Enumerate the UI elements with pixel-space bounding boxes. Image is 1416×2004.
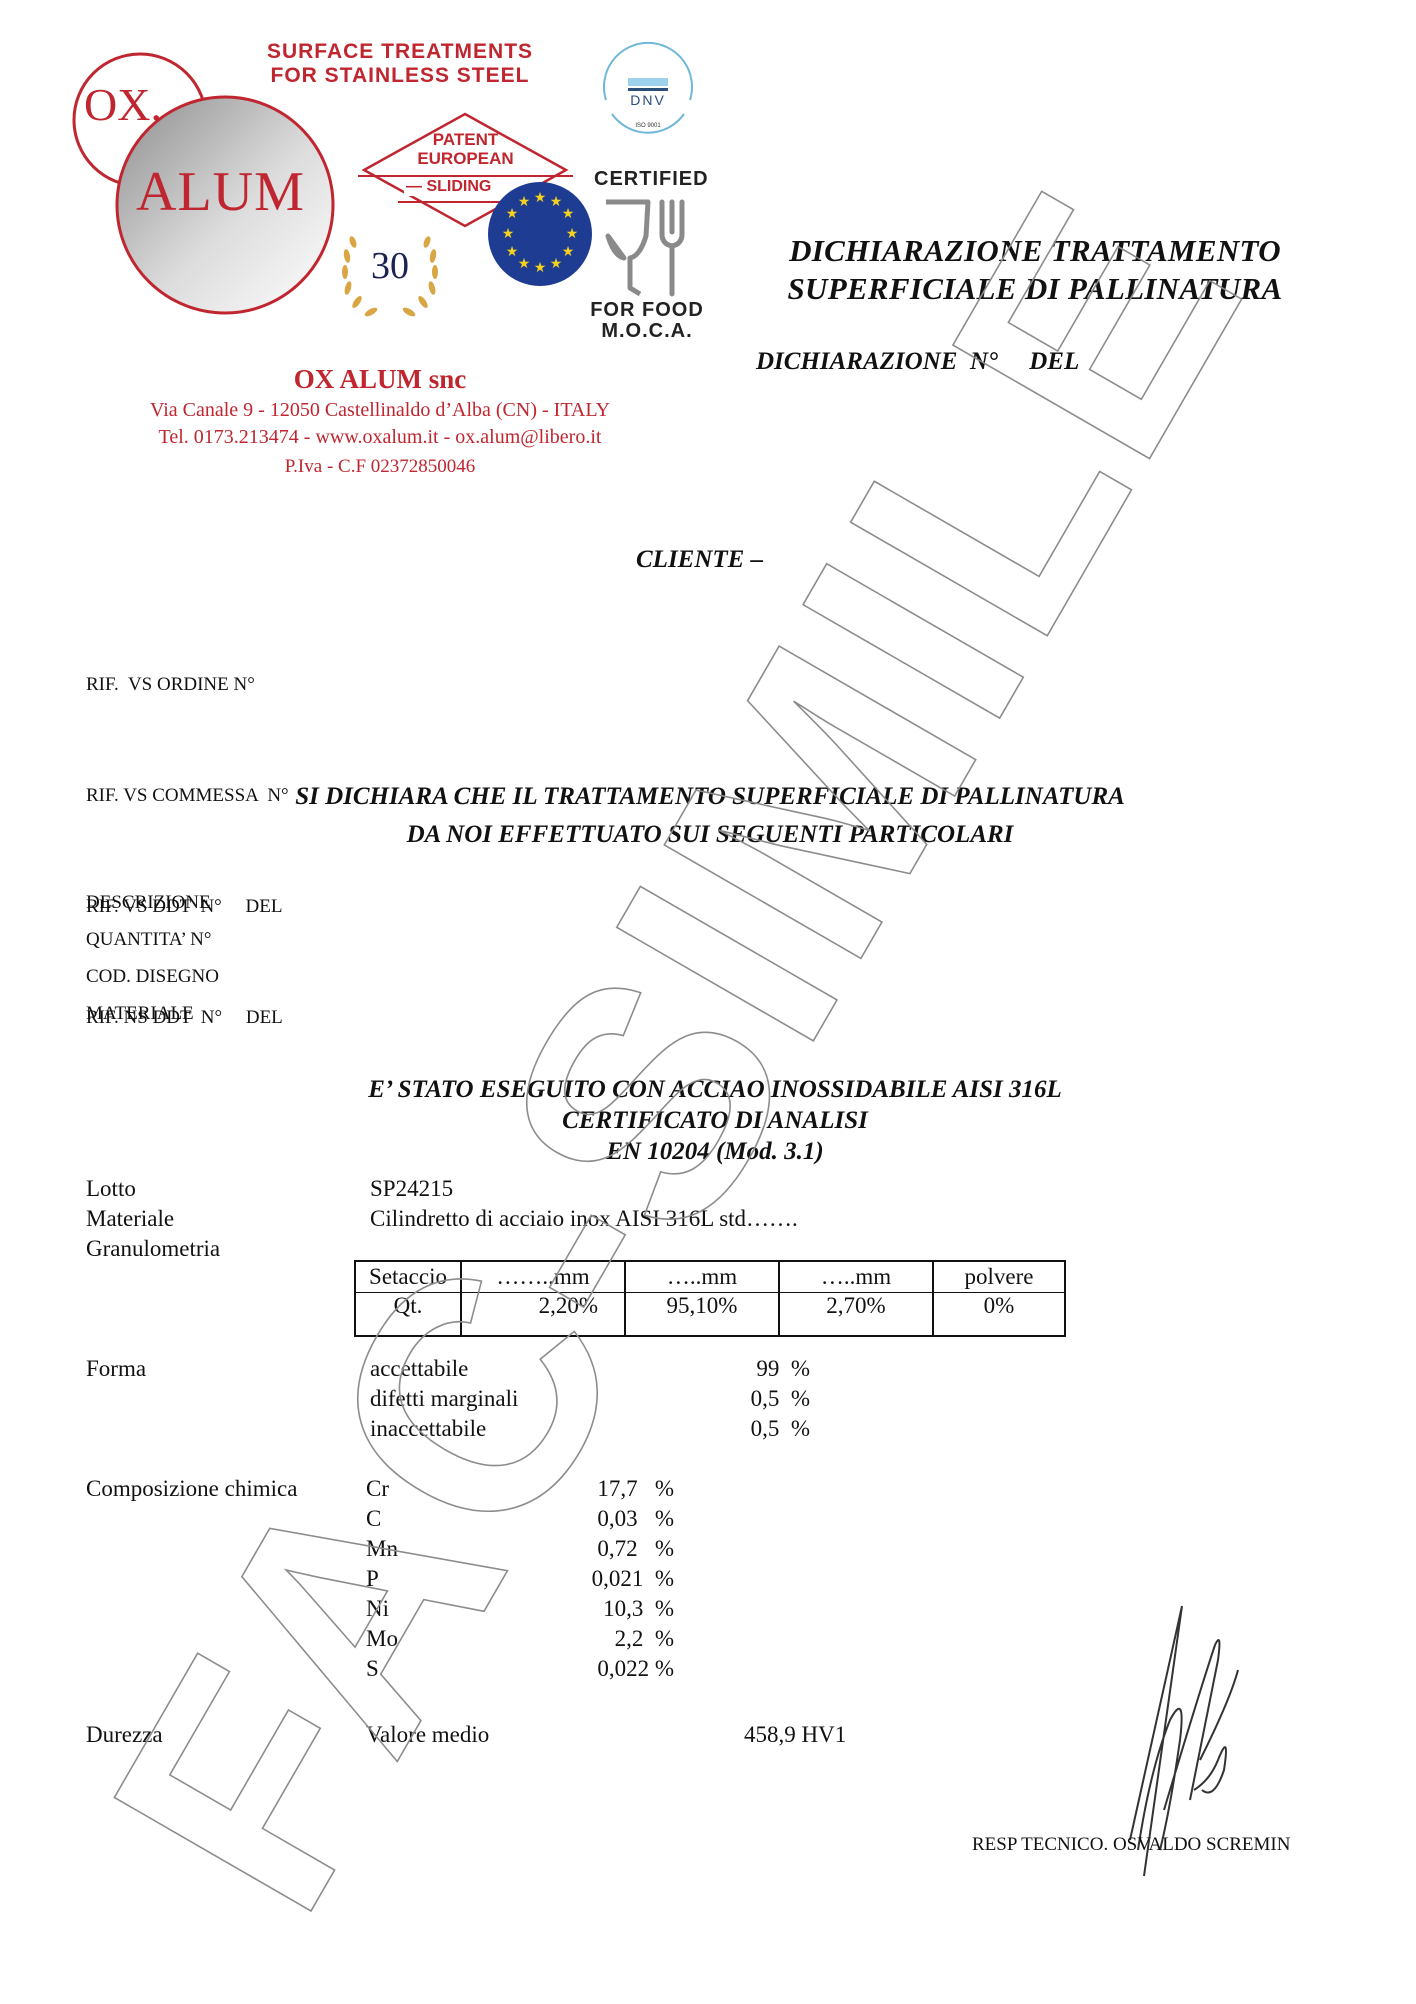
sieve-value: 2,20% <box>461 1293 625 1337</box>
svg-text:★: ★ <box>550 256 563 272</box>
dnv-label: DNV <box>592 92 704 108</box>
sieve-value-row: Qt. 2,20% 95,10% 2,70% 0% <box>355 1293 1065 1337</box>
title-line2: SUPERFICIALE DI PALLINATURA <box>740 270 1330 308</box>
food-moca: FOR FOOD M.O.C.A. <box>582 300 712 342</box>
svg-text:★: ★ <box>518 256 531 272</box>
sieve-header: ……..mm <box>461 1261 625 1293</box>
field-materiale: MATERIALE <box>86 995 219 1032</box>
executed-line3: EN 10204 (Mod. 3.1) <box>300 1136 1130 1167</box>
hardness-label: Durezza <box>86 1720 163 1750</box>
sieve-table: Setaccio ……..mm …..mm …..mm polvere Qt. … <box>354 1260 1066 1337</box>
shape-row: difetti marginali0,5 % <box>370 1384 810 1414</box>
chem-element: Mo <box>366 1624 398 1654</box>
sieve-header-row: Setaccio ……..mm …..mm …..mm polvere <box>355 1261 1065 1293</box>
sieve-value: 0% <box>933 1293 1065 1337</box>
food-certified-label: CERTIFIED <box>594 168 709 191</box>
shape-name: accettabile <box>370 1354 468 1384</box>
eu-flag-badge: ★★★ ★★★ ★★★ ★★★ <box>486 180 594 288</box>
shape-value: 0,5 % <box>751 1414 810 1444</box>
food-line1: FOR FOOD <box>582 300 712 321</box>
patent-line3: — SLIDING <box>404 178 493 196</box>
part-fields: DESCRIZIONE QUANTITA’ N° COD. DISEGNO MA… <box>86 884 219 1032</box>
material-value: Cilindretto di acciaio inox AISI 316L st… <box>370 1204 798 1234</box>
svg-text:★: ★ <box>562 206 575 222</box>
sieve-value: Qt. <box>355 1293 461 1337</box>
field-descrizione: DESCRIZIONE <box>86 884 219 921</box>
executed-line2: CERTIFICATO DI ANALISI <box>300 1105 1130 1136</box>
svg-text:★: ★ <box>562 244 575 260</box>
shape-list: accettabile99 % difetti marginali0,5 % i… <box>370 1354 810 1444</box>
lot-value: SP24215 <box>370 1174 453 1204</box>
field-quantita: QUANTITA’ N° <box>86 921 219 958</box>
chem-row: C0,03 % <box>366 1504 674 1534</box>
dnv-certification-badge: DNV ISO 9001 <box>592 40 704 140</box>
chem-value: 17,7 % <box>597 1474 674 1504</box>
statement-line1: SI DICHIARA CHE IL TRATTAMENTO SUPERFICI… <box>150 778 1270 816</box>
document-title: DICHIARAZIONE TRATTAMENTO SUPERFICIALE D… <box>740 232 1330 308</box>
chem-value: 0,022 % <box>597 1654 674 1684</box>
chem-row: Mn0,72 % <box>366 1534 674 1564</box>
svg-text:★: ★ <box>502 226 515 242</box>
chem-element: S <box>366 1654 379 1684</box>
chem-value: 0,72 % <box>597 1534 674 1564</box>
declaration-number: DICHIARAZIONE N° DEL <box>756 348 1079 376</box>
chem-label: Composizione chimica <box>86 1474 297 1504</box>
svg-text:★: ★ <box>550 194 563 210</box>
company-info: OX ALUM snc Via Canale 9 - 12050 Castell… <box>110 362 650 484</box>
chem-element: Mn <box>366 1534 398 1564</box>
chem-value: 10,3 % <box>603 1594 674 1624</box>
field-cod-disegno: COD. DISEGNO <box>86 958 219 995</box>
patent-line2: EUROPEAN <box>358 149 573 168</box>
chem-row: Mo2,2 % <box>366 1624 674 1654</box>
food-safe-badge <box>600 198 700 298</box>
dnv-iso: ISO 9001 <box>592 123 704 129</box>
chem-element: P <box>366 1564 379 1594</box>
svg-text:★: ★ <box>566 226 579 242</box>
company-contacts: Tel. 0173.213474 - www.oxalum.it - ox.al… <box>110 424 650 450</box>
chem-list: Cr17,7 %C0,03 %Mn0,72 %P0,021 %Ni10,3 %M… <box>366 1474 674 1684</box>
granulometry-label: Granulometria <box>86 1234 220 1264</box>
company-address: Via Canale 9 - 12050 Castellinaldo d’Alb… <box>110 396 650 424</box>
chem-value: 0,021 % <box>592 1564 674 1594</box>
chem-row: P0,021 % <box>366 1564 674 1594</box>
client-label: CLIENTE – <box>636 546 763 574</box>
chem-row: Cr17,7 % <box>366 1474 674 1504</box>
chem-element: Cr <box>366 1474 389 1504</box>
tagline-line1: SURFACE TREATMENTS <box>250 40 550 64</box>
title-line1: DICHIARAZIONE TRATTAMENTO <box>740 232 1330 270</box>
chem-element: C <box>366 1504 381 1534</box>
glass-fork-icon <box>600 198 700 298</box>
hardness-value: 458,9 HV1 <box>744 1720 846 1750</box>
shape-value: 99 % <box>756 1354 810 1384</box>
sieve-value: 2,70% <box>779 1293 933 1337</box>
chem-row: Ni10,3 % <box>366 1594 674 1624</box>
svg-text:★: ★ <box>534 190 547 206</box>
signatory: RESP TECNICO. OSVALDO SCREMIN <box>972 1834 1290 1856</box>
sieve-header: Setaccio <box>355 1261 461 1293</box>
statement-line2: DA NOI EFFETTUATO SUI SEGUENTI PARTICOLA… <box>150 816 1270 854</box>
food-line2: M.O.C.A. <box>582 321 712 342</box>
shape-label: Forma <box>86 1354 146 1384</box>
sieve-header: polvere <box>933 1261 1065 1293</box>
tagline: SURFACE TREATMENTS FOR STAINLESS STEEL <box>250 40 550 88</box>
shape-value: 0,5 % <box>751 1384 810 1414</box>
shape-row: inaccettabile0,5 % <box>370 1414 810 1444</box>
logo-ox-text: OX. <box>84 78 162 131</box>
sieve-value: 95,10% <box>625 1293 779 1337</box>
shape-row: accettabile99 % <box>370 1354 810 1384</box>
anniversary-number: 30 <box>335 244 445 288</box>
chem-element: Ni <box>366 1594 389 1624</box>
executed-line1: E’ STATO ESEGUITO CON ACCIAO INOSSIDABIL… <box>300 1074 1130 1105</box>
anniversary-badge: 30 <box>335 222 445 322</box>
svg-text:★: ★ <box>518 194 531 210</box>
sieve-header: …..mm <box>779 1261 933 1293</box>
company-vat: P.Iva - C.F 02372850046 <box>110 450 650 484</box>
ref-order: RIF. VS ORDINE N° <box>86 666 289 703</box>
executed-heading: E’ STATO ESEGUITO CON ACCIAO INOSSIDABIL… <box>300 1074 1130 1167</box>
chem-row: S0,022 % <box>366 1654 674 1684</box>
shape-name: difetti marginali <box>370 1384 518 1414</box>
svg-text:★: ★ <box>534 260 547 276</box>
eu-stars-icon: ★★★ ★★★ ★★★ ★★★ <box>486 180 594 288</box>
sieve-header: …..mm <box>625 1261 779 1293</box>
lot-label: Lotto <box>86 1174 136 1204</box>
patent-line1: PATENT <box>358 130 573 149</box>
chem-value: 2,2 % <box>615 1624 674 1654</box>
svg-text:★: ★ <box>506 206 519 222</box>
tagline-line2: FOR STAINLESS STEEL <box>250 64 550 88</box>
hardness-desc: Valore medio <box>366 1720 489 1750</box>
statement: SI DICHIARA CHE IL TRATTAMENTO SUPERFICI… <box>150 778 1270 854</box>
logo-alum-text: ALUM <box>136 160 305 224</box>
chem-value: 0,03 % <box>597 1504 674 1534</box>
material-label: Materiale <box>86 1204 174 1234</box>
svg-text:★: ★ <box>506 244 519 260</box>
shape-name: inaccettabile <box>370 1414 486 1444</box>
company-name: OX ALUM snc <box>110 362 650 396</box>
